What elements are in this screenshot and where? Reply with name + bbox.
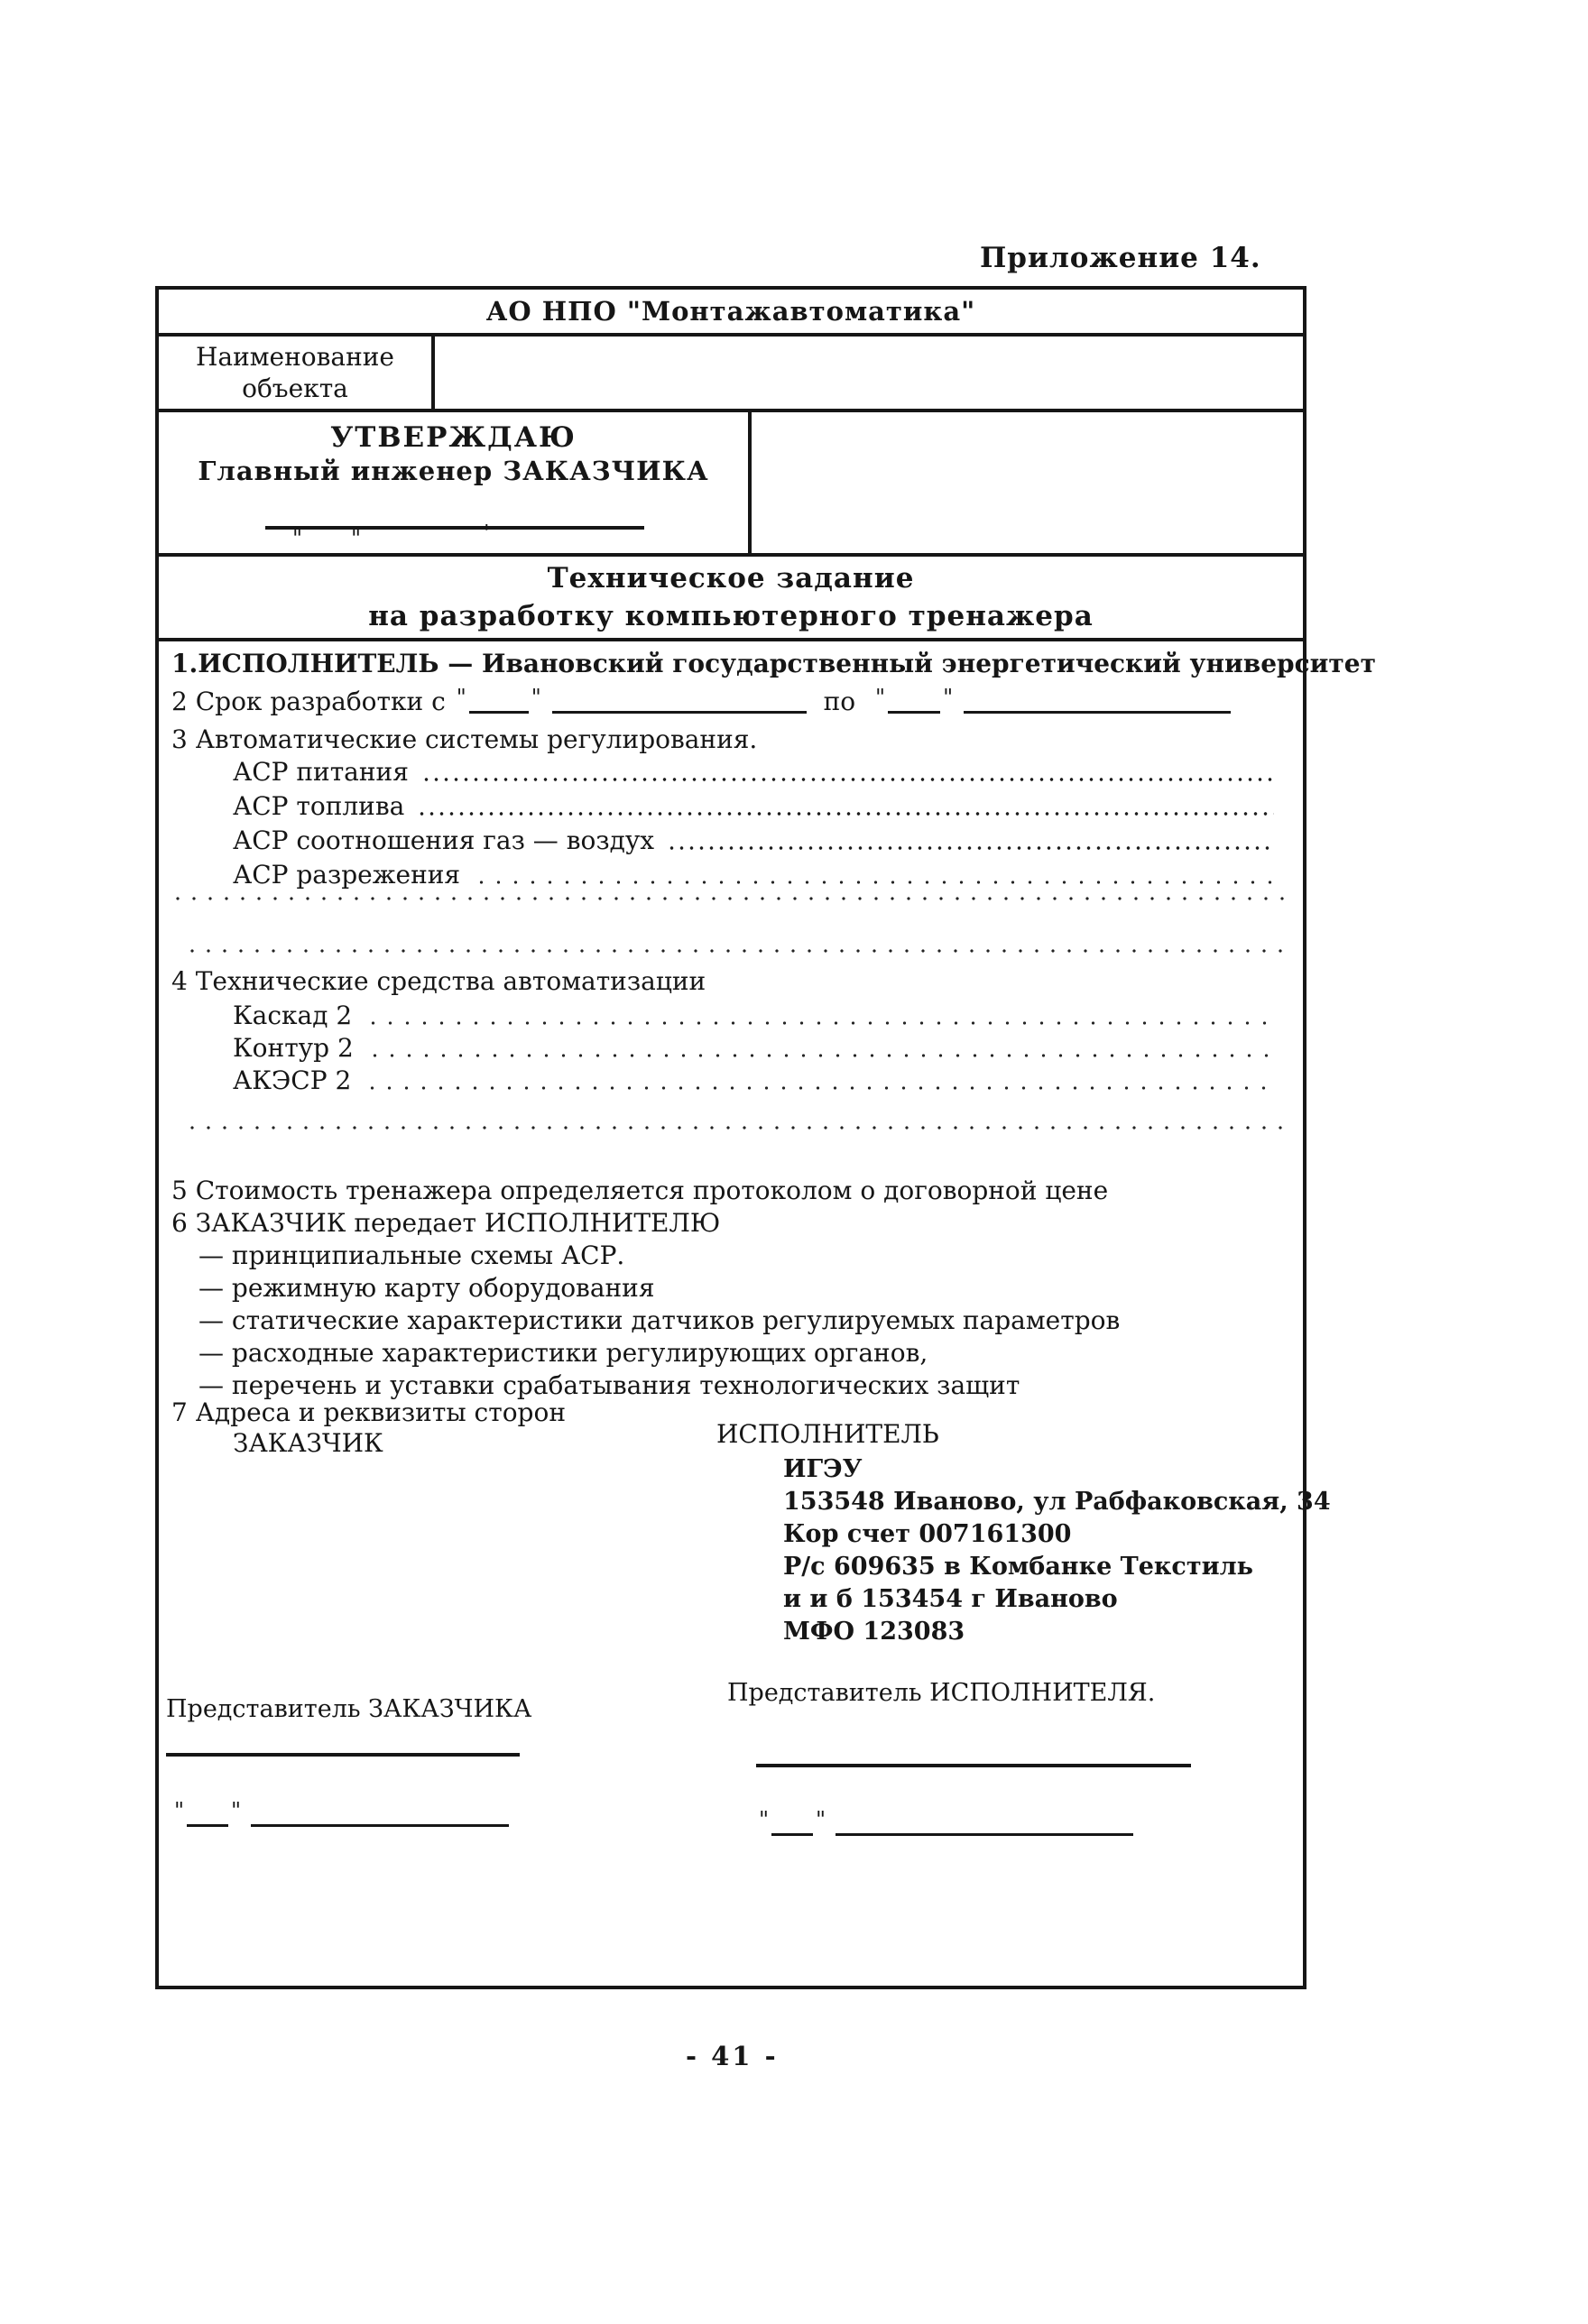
executor-detail: и и б 153454 г Иваново — [783, 1585, 1118, 1613]
provides-list-item: — расходные характеристики регулирующих … — [198, 1338, 928, 1368]
provides-list-item: — статические характеристики датчиков ре… — [198, 1305, 1120, 1335]
dot-leader — [473, 880, 1274, 885]
provides-list-item: — перечень и уставки срабатывания технол… — [198, 1370, 1020, 1400]
approval-date-marks: " " ' — [265, 530, 644, 553]
executor-detail: ИГЭУ — [783, 1455, 863, 1483]
dot-leader — [421, 777, 1274, 782]
dotted-fill-line — [170, 896, 1288, 901]
executor-detail: Р/с 609635 в Комбанке Текстиль — [783, 1553, 1253, 1581]
tick-mark: ' — [484, 521, 490, 546]
customer-label: ЗАКАЗЧИК — [233, 1428, 383, 1458]
term-day-from-blank — [469, 689, 529, 714]
asr-label: АСР питания — [233, 757, 409, 787]
term-prefix: 2 Срок разработки с — [171, 687, 446, 716]
quote-mark: " — [529, 685, 544, 710]
approver-title: Главный инженер ЗАКАЗЧИКА — [159, 456, 748, 486]
item-executor: 1.ИСПОЛНИТЕЛЬ — Ивановский государственн… — [171, 649, 1376, 678]
asr-label: АСР разрежения — [233, 860, 460, 890]
item-term: 2 Срок разработки с "" по "" — [171, 685, 1231, 716]
term-month-to-blank — [964, 689, 1231, 714]
quote-mark: " — [454, 685, 469, 710]
customer-signature-line — [166, 1753, 520, 1757]
technical-assignment-form: АО НПО "Монтажавтоматика" Наименование о… — [155, 286, 1306, 1989]
doc-title-row: Техническое задание на разработку компью… — [159, 553, 1303, 638]
dotted-fill-line — [184, 948, 1288, 954]
item-cost: 5 Стоимость тренажера определяется прото… — [171, 1176, 1108, 1205]
object-name-row: Наименование объекта — [159, 333, 1303, 409]
quote-mark: " — [228, 1798, 244, 1823]
dot-leader — [667, 845, 1274, 851]
tech-label: Каскад 2 — [233, 1001, 352, 1030]
approval-signature-area: " " ' — [265, 526, 644, 553]
asr-label: АСР соотношения газ — воздух — [233, 825, 654, 855]
executor-detail: Кор счет 007161300 — [783, 1520, 1071, 1548]
quote-mark: " — [171, 1798, 187, 1823]
asr-label: АСР топлива — [233, 791, 404, 821]
term-day-to-blank — [888, 689, 940, 714]
appendix-label: Приложение 14. — [980, 242, 1261, 274]
tech-label: Контур 2 — [233, 1033, 354, 1063]
provides-list-item: — режимную карту оборудования — [198, 1273, 655, 1303]
dot-leader — [417, 811, 1274, 816]
org-header-row: АО НПО "Монтажавтоматика" — [159, 290, 1303, 333]
approve-label: УТВЕРЖДАЮ — [159, 421, 748, 454]
quote-mark: " — [940, 685, 956, 710]
asr-row: АСР топлива — [233, 791, 1278, 821]
dot-leader — [366, 1053, 1274, 1058]
date-rest-blank — [251, 1803, 509, 1827]
item-asr-header: 3 Автоматические системы регулирования. — [171, 724, 757, 754]
approval-row: УТВЕРЖДАЮ Главный инженер ЗАКАЗЧИКА " " … — [159, 409, 1303, 553]
page-number: - 41 - — [686, 2041, 779, 2071]
date-day-blank — [771, 1812, 813, 1836]
executor-rep-label: Представитель ИСПОЛНИТЕЛЯ. — [727, 1679, 1155, 1707]
term-middle: по — [815, 687, 865, 716]
executor-signature-line — [756, 1764, 1191, 1767]
org-title: АО НПО "Монтажавтоматика" — [486, 296, 976, 327]
tech-label: АКЭСР 2 — [233, 1065, 351, 1095]
item-customer-provides: 6 ЗАКАЗЧИК передает ИСПОЛНИТЕЛЮ — [171, 1208, 720, 1238]
quote-mark: " — [351, 526, 361, 551]
date-rest-blank — [836, 1812, 1133, 1836]
executor-detail: 153548 Иваново, ул Рабфаковская, 34 — [783, 1488, 1331, 1516]
quote-mark: " — [756, 1807, 771, 1832]
customer-date-line: "" — [171, 1798, 509, 1830]
tech-row: Каскад 2 — [233, 1001, 1278, 1030]
executor-date-line: "" — [756, 1807, 1133, 1839]
asr-row: АСР соотношения газ — воздух — [233, 825, 1278, 855]
asr-row: АСР питания — [233, 757, 1278, 787]
scanned-document-page: Приложение 14. АО НПО "Монтажавтоматика"… — [0, 0, 1588, 2324]
asr-row: АСР разрежения — [233, 860, 1278, 890]
object-name-value-cell — [435, 337, 1303, 409]
executor-detail: МФО 123083 — [783, 1618, 965, 1646]
customer-rep-label: Представитель ЗАКАЗЧИКА — [166, 1695, 531, 1723]
quote-mark: " — [813, 1807, 828, 1832]
object-label-line2: объекта — [242, 373, 348, 404]
dotted-fill-line — [184, 1125, 1290, 1130]
dot-leader — [365, 1020, 1274, 1026]
item-addresses: 7 Адреса и реквизиты сторон — [171, 1397, 566, 1427]
tech-row: АКЭСР 2 — [233, 1065, 1278, 1095]
term-month-from-blank — [552, 689, 807, 714]
object-name-label-cell: Наименование объекта — [159, 337, 435, 409]
executor-label: ИСПОЛНИТЕЛЬ — [716, 1419, 939, 1449]
quote-mark: " — [292, 526, 302, 551]
item-tech-header: 4 Технические средства автоматизации — [171, 966, 706, 996]
approval-cell: УТВЕРЖДАЮ Главный инженер ЗАКАЗЧИКА " " … — [159, 412, 752, 553]
object-label-line1: Наименование — [196, 341, 394, 373]
doc-title-line2: на разработку компьютерного тренажера — [368, 600, 1094, 632]
provides-list-item: — принципиальные схемы АСР. — [198, 1240, 624, 1270]
approval-empty-cell — [752, 412, 1303, 553]
quote-mark: " — [872, 685, 888, 710]
doc-title-line1: Техническое задание — [548, 562, 915, 595]
date-day-blank — [187, 1803, 228, 1827]
tech-row: Контур 2 — [233, 1033, 1278, 1063]
doc-body: 1.ИСПОЛНИТЕЛЬ — Ивановский государственн… — [159, 638, 1303, 1986]
dot-leader — [364, 1085, 1274, 1091]
